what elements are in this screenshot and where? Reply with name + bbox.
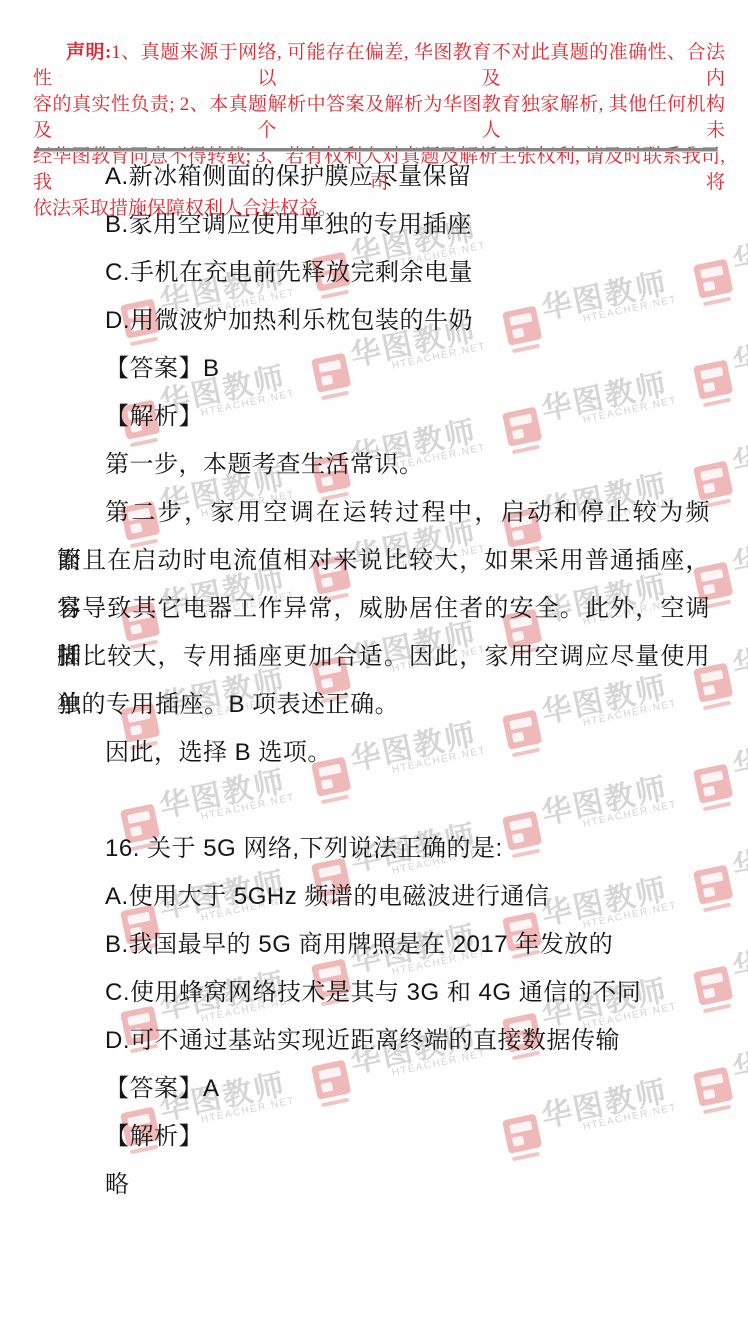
watermark-brand-text: 华图教师 [728, 615, 748, 685]
disclaimer-text: 1、真题来源于网络, 可能存在偏差, 华图教育不对此真题的准确性、合法性以及内 [33, 42, 725, 89]
disclaimer-heading: 声明: [66, 42, 111, 63]
q16-analysis-heading: 【解析】 [57, 1113, 710, 1161]
prev-analysis-step2-line: 而且在启动时电流值相对来说比较大，如果采用普通插座，容 [57, 537, 710, 585]
prev-analysis-heading: 【解析】 [57, 393, 710, 441]
prev-analysis-step2-line: 脚比较大，专用插座更加合适。因此，家用空调应尽量使用单 [57, 633, 710, 681]
section-divider [36, 148, 717, 152]
prev-answer-line: 【答案】B [57, 345, 710, 393]
watermark-brand-text: 华图教师 [728, 817, 748, 887]
watermark-brand-text: 华图教师 [728, 413, 748, 483]
disclaimer-block: 声明:1、真题来源于网络, 可能存在偏差, 华图教育不对此真题的准确性、合法性以… [33, 40, 725, 222]
watermark-brand-text: 华图教师 [728, 211, 748, 281]
prev-analysis-conclusion: 因此，选择 B 选项。 [57, 729, 710, 777]
disclaimer-line: 容的真实性负责; 2、本真题解析中答案及解析为华图教育独家解析, 其他任何机构及… [33, 92, 725, 144]
disclaimer-line: 声明:1、真题来源于网络, 可能存在偏差, 华图教育不对此真题的准确性、合法性以… [33, 40, 725, 92]
q16-answer-line: 【答案】A [57, 1065, 710, 1113]
question-content: A.新冰箱侧面的保护膜应尽量保留 B.家用空调应使用单独的专用插座 C.手机在充… [57, 153, 710, 1209]
prev-option-c: C.手机在充电前先释放完剩余电量 [57, 249, 710, 297]
document-page: 华图教师HTEACHER.NET华图教师HTEACHER.NET华图教师HTEA… [0, 0, 748, 1335]
watermark-brand-text: 华图教师 [728, 312, 748, 382]
prev-analysis-step1: 第一步，本题考查生活常识。 [57, 441, 710, 489]
blank-line [57, 777, 710, 825]
prev-analysis-step2-line: 易导致其它电器工作异常，威胁居住者的安全。此外，空调插 [57, 585, 710, 633]
q16-option-c: C.使用蜂窝网络技术是其与 3G 和 4G 通信的不同 [57, 969, 710, 1017]
disclaimer-line: 依法采取措施保障权利人合法权益。 [33, 196, 725, 222]
q16-option-b: B.我国最早的 5G 商用牌照是在 2017 年发放的 [57, 921, 710, 969]
watermark-brand-text: 华图教师 [728, 918, 748, 988]
watermark-brand-text: 华图教师 [728, 716, 748, 786]
q16-stem: 16. 关于 5G 网络,下列说法正确的是: [57, 825, 710, 873]
prev-analysis-step2-line: 独的专用插座。B 项表述正确。 [57, 681, 710, 729]
watermark-brand-text: 华图教师 [728, 514, 748, 584]
prev-option-d: D.用微波炉加热利乐枕包装的牛奶 [57, 297, 710, 345]
watermark-brand-text: 华图教师 [728, 1019, 748, 1089]
prev-analysis-step2-line: 第二步，家用空调在运转过程中，启动和停止较为频繁， [57, 489, 710, 537]
q16-option-a: A.使用大于 5GHz 频谱的电磁波进行通信 [57, 873, 710, 921]
q16-analysis-body: 略 [57, 1161, 710, 1209]
q16-option-d: D.可不通过基站实现近距离终端的直接数据传输 [57, 1017, 710, 1065]
